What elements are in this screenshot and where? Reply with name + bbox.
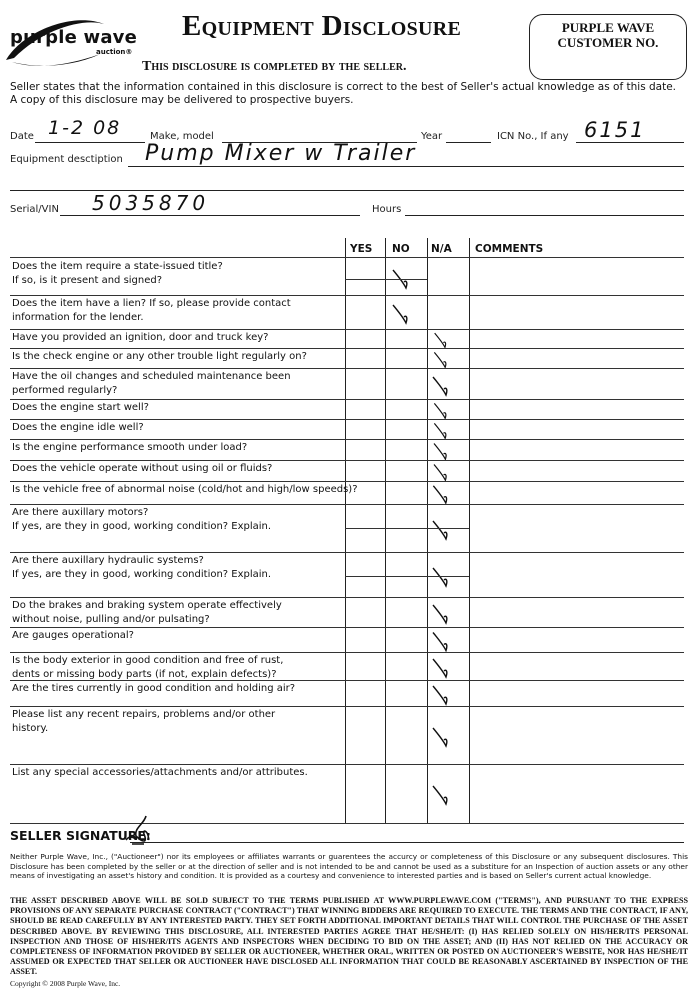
answer-cell-na[interactable] <box>424 505 462 553</box>
answer-cell-no[interactable] <box>384 461 422 482</box>
answer-cell-na[interactable] <box>424 765 462 823</box>
answer-cell-na[interactable] <box>424 628 462 653</box>
answer-cell-yes[interactable] <box>343 440 381 461</box>
answer-cell-yes[interactable] <box>343 482 381 505</box>
copyright: Copyright © 2008 Purple Wave, Inc. <box>10 979 120 988</box>
logo-wordmark: purple wave <box>10 27 137 48</box>
answer-cell-no[interactable] <box>384 330 422 349</box>
year-field[interactable] <box>446 142 491 143</box>
answer-cell-yes[interactable] <box>343 628 381 653</box>
answer-cell-no[interactable] <box>384 400 422 420</box>
question-text: Does the engine idle well? <box>12 421 144 435</box>
serial-field[interactable]: 5035870 <box>92 191 209 215</box>
answer-cell-na[interactable] <box>424 653 462 681</box>
checkmark-icon <box>430 330 452 349</box>
answer-cell-yes[interactable] <box>343 653 381 681</box>
question-text: Are gauges operational? <box>12 629 134 643</box>
checkmark-icon <box>430 371 452 399</box>
question-text: Is the engine performance smooth under l… <box>12 441 247 455</box>
checkmark-icon <box>430 440 452 461</box>
checkmark-icon <box>430 653 452 681</box>
purple-wave-logo: purple wave auction® <box>4 10 144 58</box>
comment-field[interactable] <box>471 505 684 553</box>
answer-cell-no[interactable] <box>384 653 422 681</box>
answer-cell-yes[interactable] <box>343 330 381 349</box>
column-comments: COMMENTS <box>475 243 543 255</box>
answer-cell-yes[interactable] <box>343 461 381 482</box>
question-text: Are there auxillary motors?If yes, are t… <box>12 506 271 534</box>
comment-field[interactable] <box>471 707 684 765</box>
answer-cell-no[interactable] <box>384 505 422 553</box>
question-text: Do the brakes and braking system operate… <box>12 599 282 627</box>
column-no: NO <box>392 243 410 255</box>
terms-text: The asset described above will be sold s… <box>10 896 688 978</box>
comment-field[interactable] <box>471 553 684 598</box>
date-field[interactable]: 1-2 08 <box>48 117 121 139</box>
answer-cell-na[interactable] <box>424 707 462 765</box>
page-title: Equipment Disclosure <box>182 10 461 43</box>
checkmark-icon <box>430 482 452 505</box>
checkmark-icon <box>430 515 452 543</box>
answer-cell-na[interactable] <box>424 420 462 440</box>
answer-cell-yes[interactable] <box>343 400 381 420</box>
answer-cell-na[interactable] <box>424 461 462 482</box>
question-text: Does the item have a lien? If so, please… <box>12 297 291 325</box>
answer-cell-no[interactable] <box>384 259 422 296</box>
answer-cell-na[interactable] <box>424 681 462 707</box>
answer-cell-no[interactable] <box>384 440 422 461</box>
answer-cell-no[interactable] <box>384 349 422 369</box>
icn-field[interactable]: 6151 <box>584 118 645 142</box>
description-field[interactable]: Pump Mixer w Trailer <box>145 141 416 166</box>
comment-field[interactable] <box>471 296 684 330</box>
question-text: Is the check engine or any other trouble… <box>12 350 307 364</box>
date-label: Date <box>10 131 34 142</box>
comment-field[interactable] <box>471 349 684 369</box>
checkmark-icon <box>430 780 452 808</box>
comment-field[interactable] <box>471 400 684 420</box>
answer-cell-no[interactable] <box>384 369 422 400</box>
icn-label: ICN No., If any <box>497 131 569 142</box>
answer-cell-yes[interactable] <box>343 369 381 400</box>
question-text: Please list any recent repairs, problems… <box>12 708 275 736</box>
question-text: List any special accessories/attachments… <box>12 766 308 780</box>
checkmark-icon <box>430 681 452 707</box>
question-text: Does the engine start well? <box>12 401 149 415</box>
question-text: Are there auxillary hydraulic systems?If… <box>12 554 271 582</box>
question-text: Does the vehicle operate without using o… <box>12 462 272 476</box>
checkmark-icon <box>430 461 452 482</box>
column-yes: YES <box>350 243 372 255</box>
checkmark-icon <box>430 400 452 420</box>
answer-cell-na[interactable] <box>424 400 462 420</box>
question-text: Have the oil changes and scheduled maint… <box>12 370 291 398</box>
customer-number-box[interactable]: PURPLE WAVE CUSTOMER NO. <box>529 14 687 80</box>
page-subtitle: This disclosure is completed by the sell… <box>142 59 406 75</box>
question-text: Is the vehicle free of abnormal noise (c… <box>12 483 358 497</box>
answer-cell-no[interactable] <box>384 628 422 653</box>
checkmark-icon <box>430 722 452 750</box>
answer-cell-na[interactable] <box>424 440 462 461</box>
answer-cell-no[interactable] <box>384 681 422 707</box>
answer-cell-yes[interactable] <box>343 296 381 330</box>
checkmark-icon <box>390 264 412 292</box>
question-text: Have you provided an ignition, door and … <box>12 331 268 345</box>
answer-cell-no[interactable] <box>384 482 422 505</box>
answer-cell-no[interactable] <box>384 420 422 440</box>
comment-field[interactable] <box>471 681 684 707</box>
column-na: N/A <box>431 243 452 255</box>
seller-signature-field[interactable] <box>130 842 684 843</box>
disclaimer-text: Neither Purple Wave, Inc., ("Auctioneer"… <box>10 852 688 881</box>
checkmark-icon <box>430 599 452 627</box>
answer-cell-no[interactable] <box>384 296 422 330</box>
comment-field[interactable] <box>471 330 684 349</box>
signature-scribble-icon <box>122 814 158 846</box>
checkmark-icon <box>430 349 452 369</box>
answer-cell-na[interactable] <box>424 369 462 400</box>
description-label: Equipment desctiption <box>10 154 123 165</box>
question-text: Are the tires currently in good conditio… <box>12 682 295 696</box>
comment-field[interactable] <box>471 628 684 653</box>
answer-cell-na[interactable] <box>424 598 462 628</box>
answer-cell-na[interactable] <box>424 296 462 330</box>
answer-cell-yes[interactable] <box>343 420 381 440</box>
comment-field[interactable] <box>471 765 684 823</box>
checkmark-icon <box>430 420 452 440</box>
answer-cell-yes[interactable] <box>343 681 381 707</box>
answer-cell-yes[interactable] <box>343 259 381 296</box>
comment-field[interactable] <box>471 482 684 505</box>
answer-cell-na[interactable] <box>424 349 462 369</box>
comment-field[interactable] <box>471 369 684 400</box>
question-text: Does the item require a state-issued tit… <box>12 260 223 288</box>
answer-cell-no[interactable] <box>384 765 422 823</box>
answer-cell-no[interactable] <box>384 707 422 765</box>
comment-field[interactable] <box>471 653 684 681</box>
checkmark-icon <box>430 628 452 653</box>
serial-label: Serial/VIN <box>10 204 59 215</box>
comment-field[interactable] <box>471 420 684 440</box>
customer-number-label: PURPLE WAVE CUSTOMER NO. <box>530 20 686 50</box>
answer-cell-yes[interactable] <box>343 765 381 823</box>
answer-cell-na[interactable] <box>424 330 462 349</box>
comment-field[interactable] <box>471 461 684 482</box>
comment-field[interactable] <box>471 259 684 296</box>
comment-field[interactable] <box>471 598 684 628</box>
answer-cell-na[interactable] <box>424 259 462 296</box>
comment-field[interactable] <box>471 440 684 461</box>
hours-label: Hours <box>372 204 401 215</box>
answer-cell-na[interactable] <box>424 482 462 505</box>
answer-cell-yes[interactable] <box>343 707 381 765</box>
checkmark-icon <box>390 299 412 327</box>
year-label: Year <box>421 131 442 142</box>
answer-cell-yes[interactable] <box>343 505 381 553</box>
answer-cell-yes[interactable] <box>343 598 381 628</box>
answer-cell-no[interactable] <box>384 598 422 628</box>
question-text: Is the body exterior in good condition a… <box>12 654 283 682</box>
hours-field[interactable] <box>405 215 684 216</box>
intro-statement: Seller states that the information conta… <box>10 81 676 107</box>
logo-subtext: auction® <box>96 48 132 56</box>
answer-cell-yes[interactable] <box>343 349 381 369</box>
